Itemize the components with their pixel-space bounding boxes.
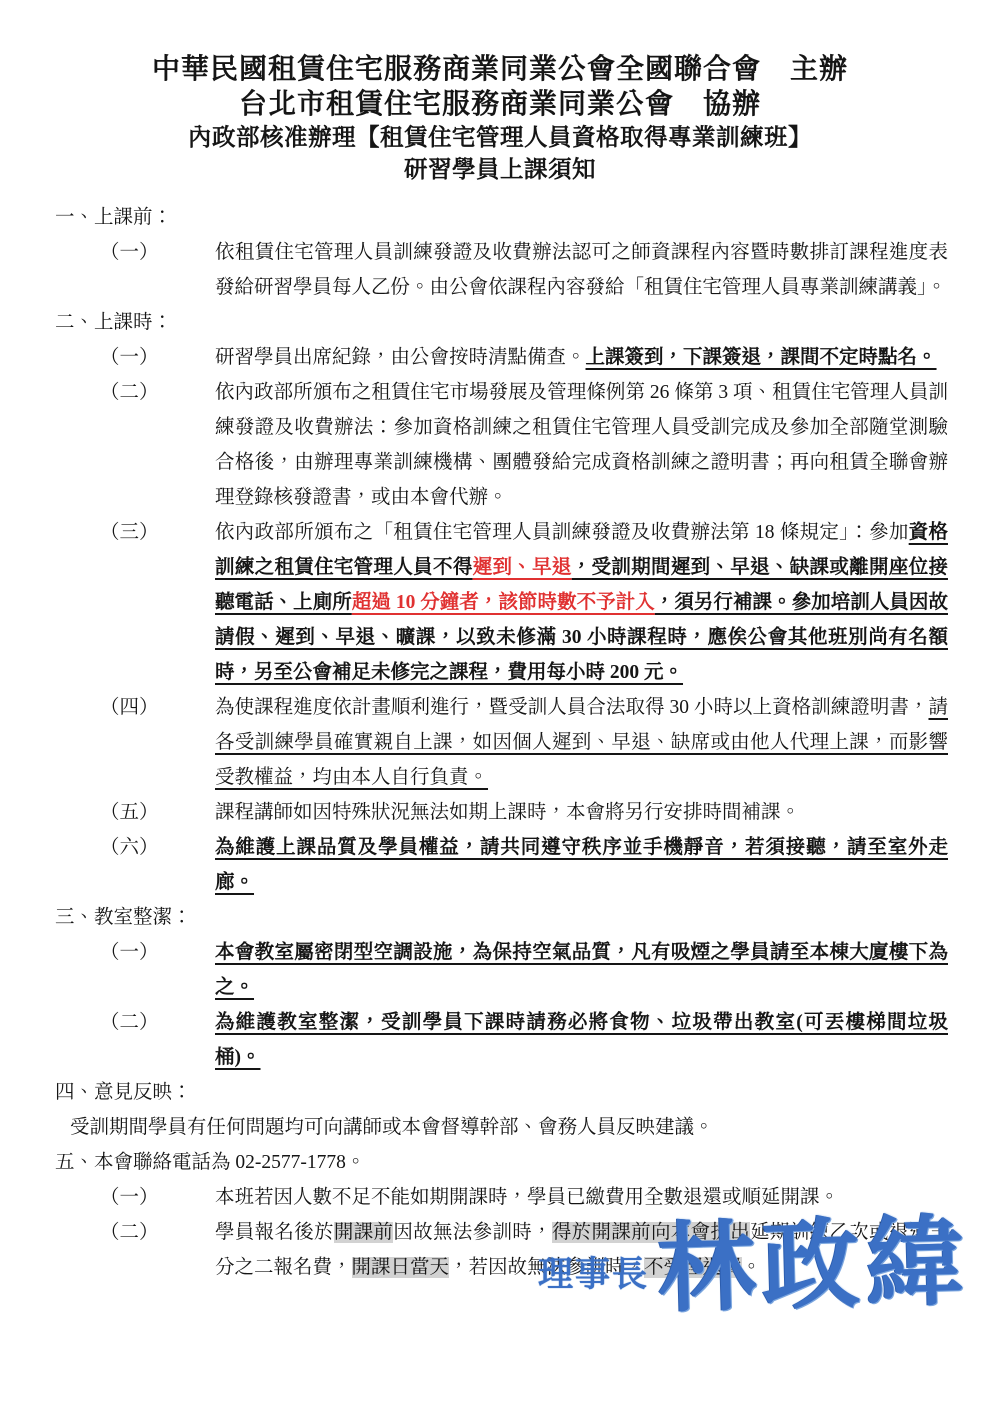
item-text: 依內政部所頒布之租賃住宅市場發展及管理條例第 26 條第 3 項、租賃住宅管理人…	[215, 375, 948, 515]
text-run: 為使課程進度依計畫順利進行，暨受訓人員合法取得 30 小時以上資格訓練證明書，	[215, 697, 928, 718]
list-item: （三） 依內政部所頒布之「租賃住宅管理人員訓練發證及收費辦法第 18 條規定」：…	[55, 515, 948, 690]
item-number: （二）	[100, 375, 215, 515]
text-run: 上課簽到，下課簽退，課間不定時點名。	[586, 347, 937, 368]
item-number: （一）	[100, 1180, 215, 1215]
item-text: 依租賃住宅管理人員訓練發證及收費辦法認可之師資課程內容暨時數排訂課程進度表發給研…	[215, 235, 948, 305]
section-2-heading: 二、上課時：	[55, 305, 948, 340]
text-run: 遲到、早退	[473, 557, 572, 578]
text-run: 依內政部所頒布之租賃住宅市場發展及管理條例第 26 條第 3 項、租賃住宅管理人…	[215, 382, 948, 508]
item-text: 為維護上課品質及學員權益，請共同遵守秩序並手機靜音，若須接聽，請至室外走廊。	[215, 830, 948, 900]
text-run: 依內政部所頒布之「租賃住宅管理人員訓練發證及收費辦法第 18 條規定」：參加	[215, 522, 909, 543]
text-run: 超過 10 分鐘者，該節時數不予計入	[352, 592, 655, 613]
item-number: （四）	[100, 690, 215, 795]
chairman-stamp: 理事長 林政緯	[538, 1222, 971, 1320]
list-item: （一） 本班若因人數不足不能如期開課時，學員已繳費用全數退還或順延開課。	[55, 1180, 948, 1215]
title-organizer: 中華民國租賃住宅服務商業同業公會全國聯合會 主辦	[0, 52, 1000, 87]
title-co-organizer: 台北市租賃住宅服務商業同業公會 協辦	[0, 87, 1000, 122]
item-text: 為維護教室整潔，受訓學員下課時請務必將食物、垃圾帶出教室(可丟樓梯間垃圾桶)。	[215, 1005, 948, 1075]
chairman-name-stamp: 林政緯	[656, 1214, 970, 1320]
section-4-note: 受訓期間學員有任何問題均可向講師或本會督導幹部、會務人員反映建議。	[70, 1110, 948, 1145]
title-notice-name: 研習學員上課須知	[0, 154, 1000, 186]
text-run: 為維護教室整潔，受訓學員下課時請務必將食物、垃圾帶出教室(可丟樓梯間垃圾桶)。	[215, 1012, 948, 1068]
chairman-title-stamp: 理事長	[538, 1257, 649, 1292]
document-page: 中華民國租賃住宅服務商業同業公會全國聯合會 主辦 台北市租賃住宅服務商業同業公會…	[0, 0, 1000, 1414]
section-1-heading: 一、上課前：	[55, 200, 948, 235]
item-number: （三）	[100, 515, 215, 690]
item-number: （一）	[100, 340, 215, 375]
list-item: （五） 課程講師如因特殊狀況無法如期上課時，本會將另行安排時間補課。	[55, 795, 948, 830]
list-item: （一） 研習學員出席紀錄，由公會按時清點備查。上課簽到，下課簽退，課間不定時點名…	[55, 340, 948, 375]
text-run: 研習學員出席紀錄，由公會按時清點備查。	[215, 347, 586, 368]
text-run: 開課日當天	[352, 1257, 450, 1278]
item-text: 課程講師如因特殊狀況無法如期上課時，本會將另行安排時間補課。	[215, 795, 948, 830]
text-run: 本會教室屬密閉型空調設施，為保持空氣品質，凡有吸煙之學員請至本棟大廈樓下為之。	[215, 942, 948, 998]
notice-body: 一、上課前： （一） 依租賃住宅管理人員訓練發證及收費辦法認可之師資課程內容暨時…	[55, 200, 948, 1285]
title-course-name: 內政部核准辦理【租賃住宅管理人員資格取得專業訓練班】	[0, 122, 1000, 154]
section-5-heading: 五、本會聯絡電話為 02-2577-1778。	[55, 1145, 948, 1180]
item-number: （一）	[100, 935, 215, 1005]
item-number: （二）	[100, 1215, 215, 1285]
item-text: 依內政部所頒布之「租賃住宅管理人員訓練發證及收費辦法第 18 條規定」：參加資格…	[215, 515, 948, 690]
text-run: 學員報名後於	[215, 1222, 334, 1243]
item-number: （六）	[100, 830, 215, 900]
list-item: （二） 為維護教室整潔，受訓學員下課時請務必將食物、垃圾帶出教室(可丟樓梯間垃圾…	[55, 1005, 948, 1075]
list-item: （四） 為使課程進度依計畫順利進行，暨受訓人員合法取得 30 小時以上資格訓練證…	[55, 690, 948, 795]
text-run: 開課前	[334, 1222, 393, 1243]
list-item: （一） 本會教室屬密閉型空調設施，為保持空氣品質，凡有吸煙之學員請至本棟大廈樓下…	[55, 935, 948, 1005]
list-item: （六） 為維護上課品質及學員權益，請共同遵守秩序並手機靜音，若須接聽，請至室外走…	[55, 830, 948, 900]
document-header: 中華民國租賃住宅服務商業同業公會全國聯合會 主辦 台北市租賃住宅服務商業同業公會…	[0, 52, 1000, 186]
item-text: 本會教室屬密閉型空調設施，為保持空氣品質，凡有吸煙之學員請至本棟大廈樓下為之。	[215, 935, 948, 1005]
text-run: 依租賃住宅管理人員訓練發證及收費辦法認可之師資課程內容暨時數排訂課程進度表發給研…	[215, 242, 948, 298]
text-run: 本班若因人數不足不能如期開課時，學員已繳費用全數退還或順延開課。	[215, 1187, 839, 1208]
list-item: （一） 依租賃住宅管理人員訓練發證及收費辦法認可之師資課程內容暨時數排訂課程進度…	[55, 235, 948, 305]
text-run: 為維護上課品質及學員權益，請共同遵守秩序並手機靜音，若須接聽，請至室外走廊。	[215, 837, 948, 893]
item-number: （五）	[100, 795, 215, 830]
item-number: （二）	[100, 1005, 215, 1075]
section-4-heading: 四、意見反映：	[55, 1075, 948, 1110]
item-text: 研習學員出席紀錄，由公會按時清點備查。上課簽到，下課簽退，課間不定時點名。	[215, 340, 948, 375]
item-text: 為使課程進度依計畫順利進行，暨受訓人員合法取得 30 小時以上資格訓練證明書，請…	[215, 690, 948, 795]
text-run: 課程講師如因特殊狀況無法如期上課時，本會將另行安排時間補課。	[215, 802, 800, 823]
item-number: （一）	[100, 235, 215, 305]
item-text: 本班若因人數不足不能如期開課時，學員已繳費用全數退還或順延開課。	[215, 1180, 948, 1215]
section-3-heading: 三、教室整潔：	[55, 900, 948, 935]
list-item: （二） 依內政部所頒布之租賃住宅市場發展及管理條例第 26 條第 3 項、租賃住…	[55, 375, 948, 515]
text-run: 因故無法參訓時，	[393, 1222, 552, 1243]
